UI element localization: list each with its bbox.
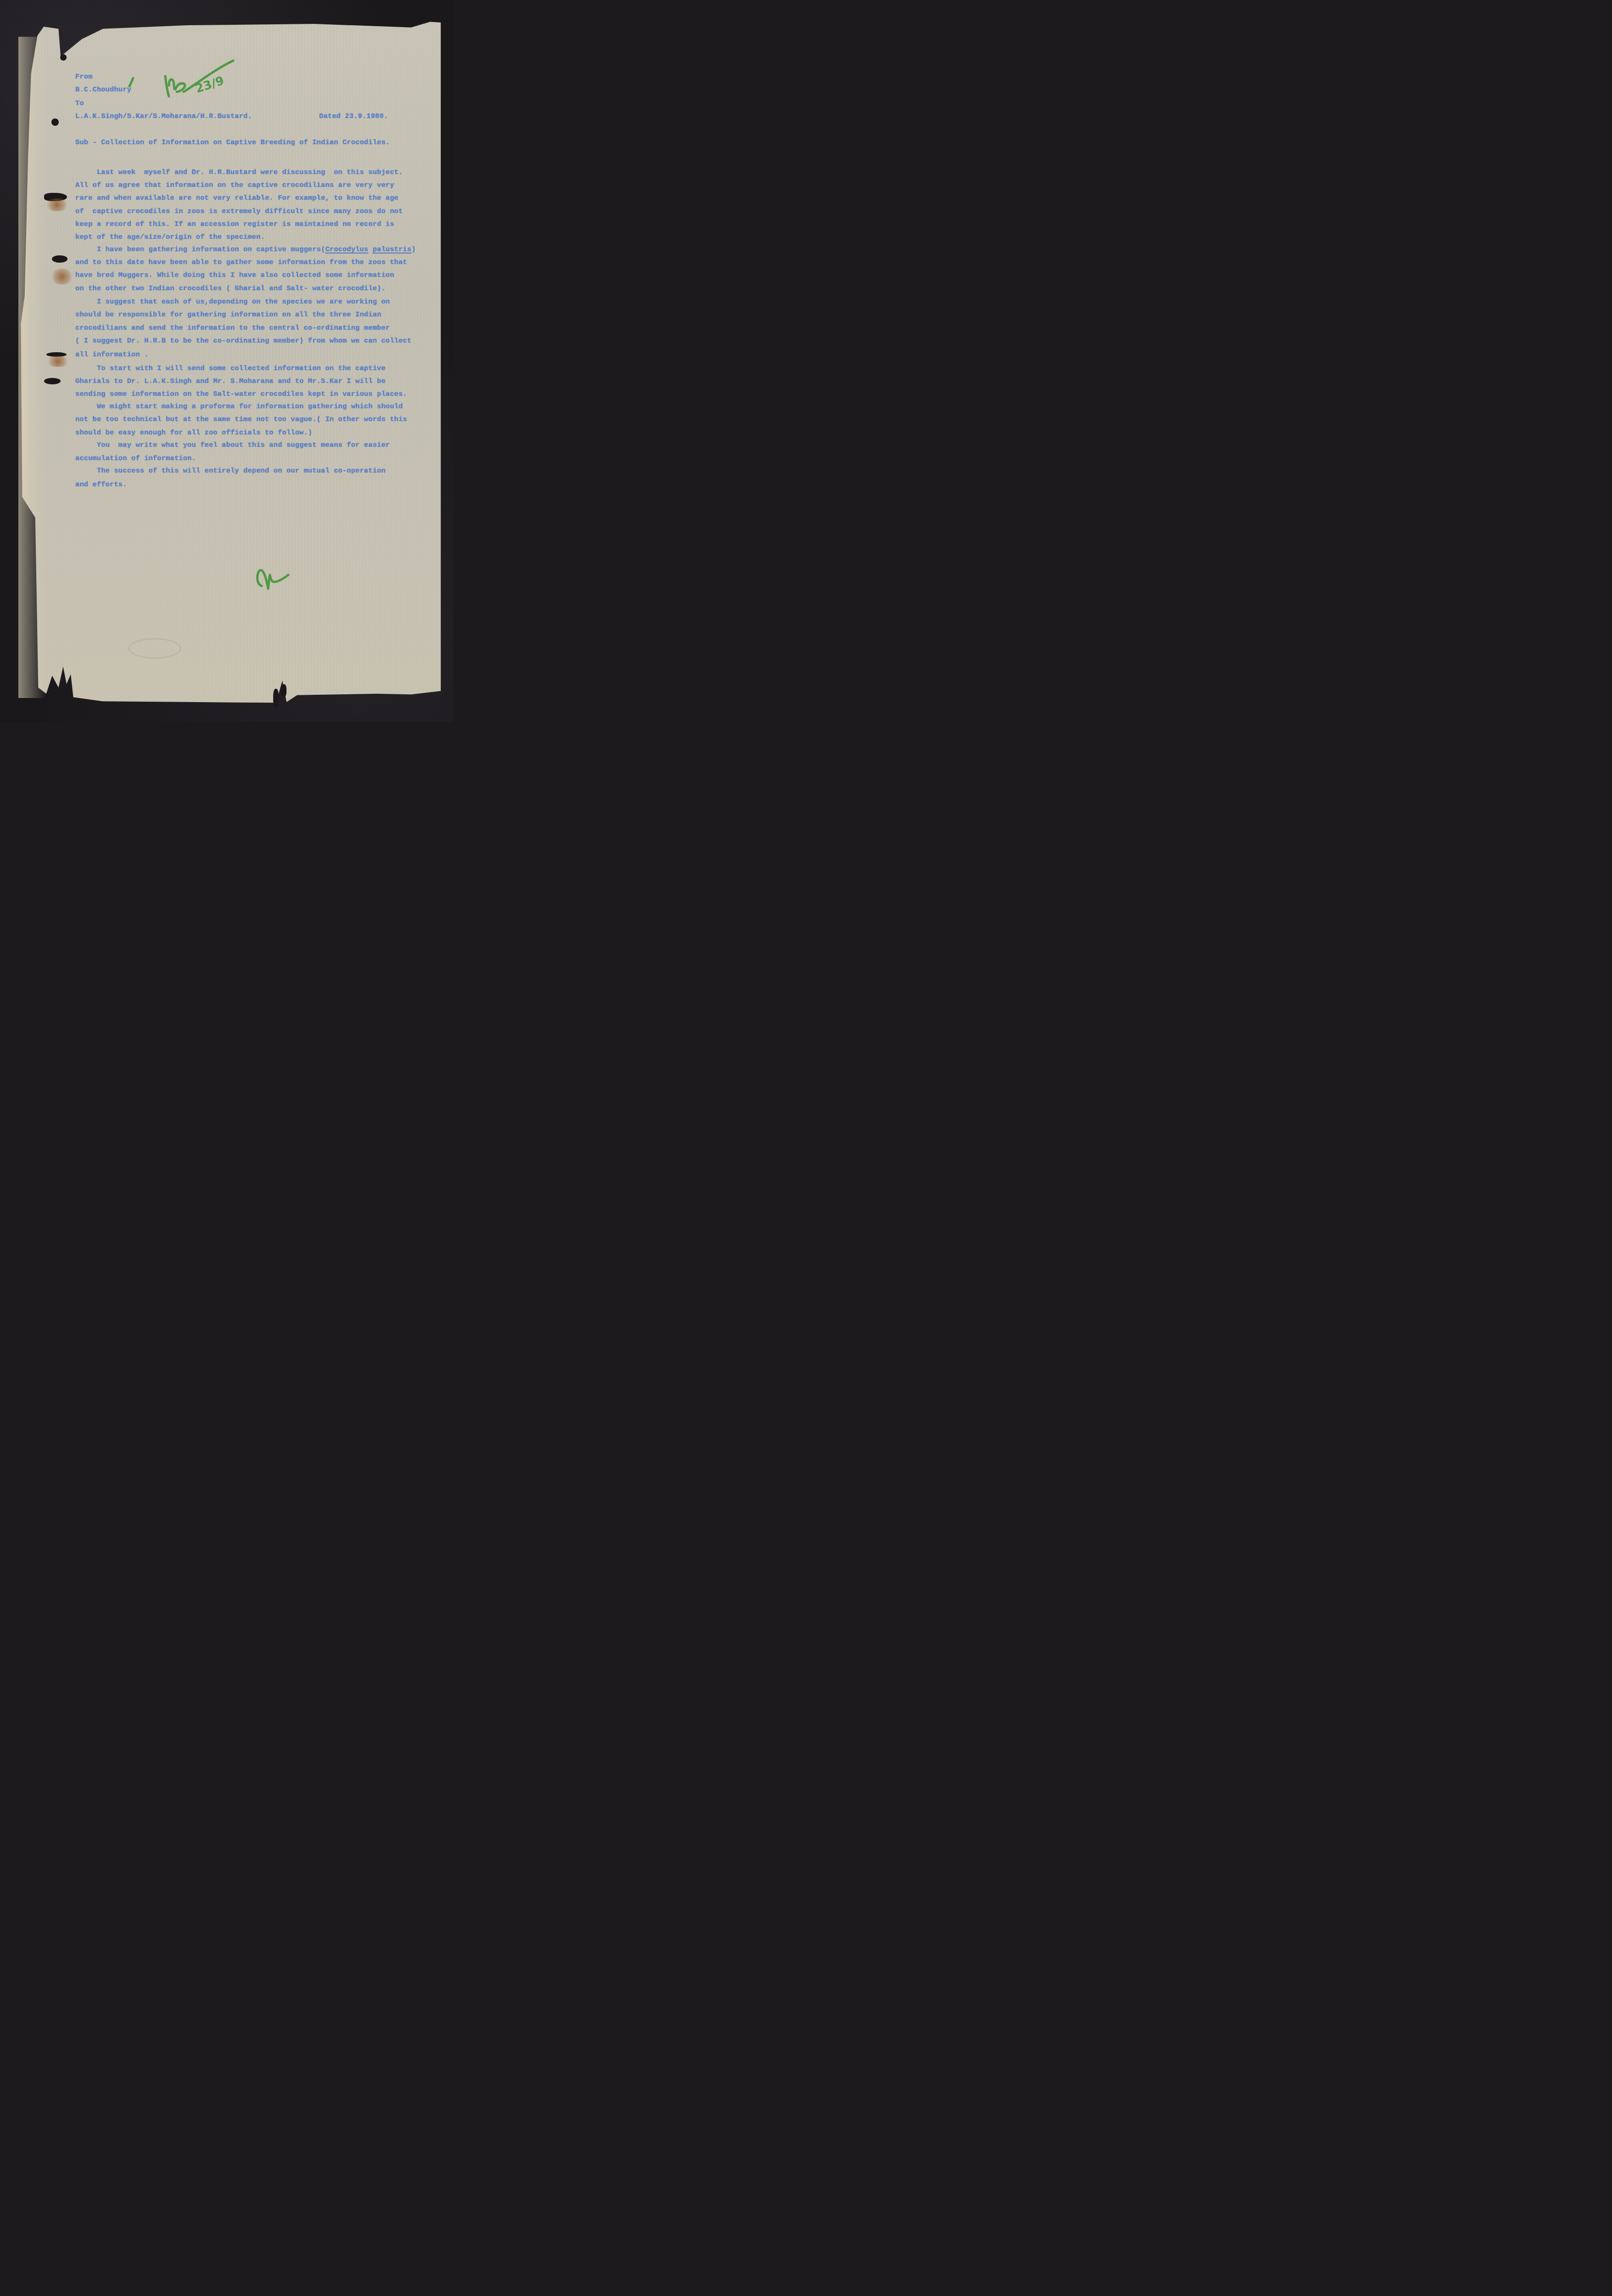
to-label: To xyxy=(75,99,84,107)
punch-hole xyxy=(52,255,67,263)
punch-hole xyxy=(51,118,59,126)
rust-stain xyxy=(46,356,70,367)
body-line: Gharials to Dr. L.A.K.Singh and Mr. S.Mo… xyxy=(75,377,386,385)
body-line: All of us agree that information on the … xyxy=(75,181,394,189)
body-line: keep a record of this. If an accession r… xyxy=(75,220,394,228)
punch-hole xyxy=(44,378,61,384)
body-line: have bred Muggers. While doing this I ha… xyxy=(75,271,394,279)
body-line: To start with I will send some collected… xyxy=(75,364,386,372)
genus: Crocodylus xyxy=(325,245,368,253)
scientific-name: (Crocodylus palustris) xyxy=(321,245,416,253)
body-line: on the other two Indian crocodiles ( Gha… xyxy=(75,284,386,293)
body-line: not be too technical but at the same tim… xyxy=(75,415,407,423)
body-line: accumulation of information. xyxy=(75,454,196,462)
body-line: The success of this will entirely depend… xyxy=(75,467,386,475)
paper-crease xyxy=(129,638,181,658)
torn-notch xyxy=(281,684,286,697)
body-line: Last week myself and Dr. H.R.Bustard wer… xyxy=(75,168,403,176)
body-line: You may write what you feel about this a… xyxy=(75,441,390,449)
body-line: should be responsible for gathering info… xyxy=(75,310,381,319)
body-line: and efforts. xyxy=(75,480,127,489)
paren: ) xyxy=(411,245,416,253)
species: palustris xyxy=(373,245,411,253)
punch-hole xyxy=(60,54,67,61)
subject-line: Sub - Collection of Information on Capti… xyxy=(75,138,390,146)
subject-prefix: Sub - xyxy=(75,138,101,146)
body-line: I have been gathering information on cap… xyxy=(75,245,416,253)
body-line: of captive crocodiles in zoos is extreme… xyxy=(75,207,403,215)
to-names: L.A.K.Singh/S.Kar/S.Moharana/H.R.Bustard… xyxy=(75,112,252,120)
torn-notch xyxy=(273,689,279,707)
subject-text: Collection of Information on Captive Bre… xyxy=(101,138,390,146)
handwritten-initials-bottom xyxy=(253,565,290,592)
body-line: kept of the age/size/origin of the speci… xyxy=(75,233,265,241)
body-line: We might start making a proforma for inf… xyxy=(75,402,403,411)
body-line: rare and when available are not very rel… xyxy=(75,194,399,202)
rust-stain xyxy=(51,269,73,285)
letter-date: Dated 23.9.1980. xyxy=(319,112,388,120)
from-label: From xyxy=(75,73,93,81)
body-line: sending some information on the Salt-wat… xyxy=(75,390,407,398)
body-line-text: I have been gathering information on cap… xyxy=(75,245,321,253)
body-line: and to this date have been able to gathe… xyxy=(75,258,407,266)
body-line: I suggest that each of us,depending on t… xyxy=(75,298,390,306)
body-line: all information . xyxy=(75,350,149,359)
paren: ( xyxy=(321,245,325,253)
body-line: ( I suggest Dr. H.R.B to be the co-ordin… xyxy=(75,337,411,345)
rust-stain xyxy=(45,198,69,211)
body-line: should be easy enough for all zoo offici… xyxy=(75,428,312,437)
body-line: crocodilians and send the information to… xyxy=(75,324,390,332)
